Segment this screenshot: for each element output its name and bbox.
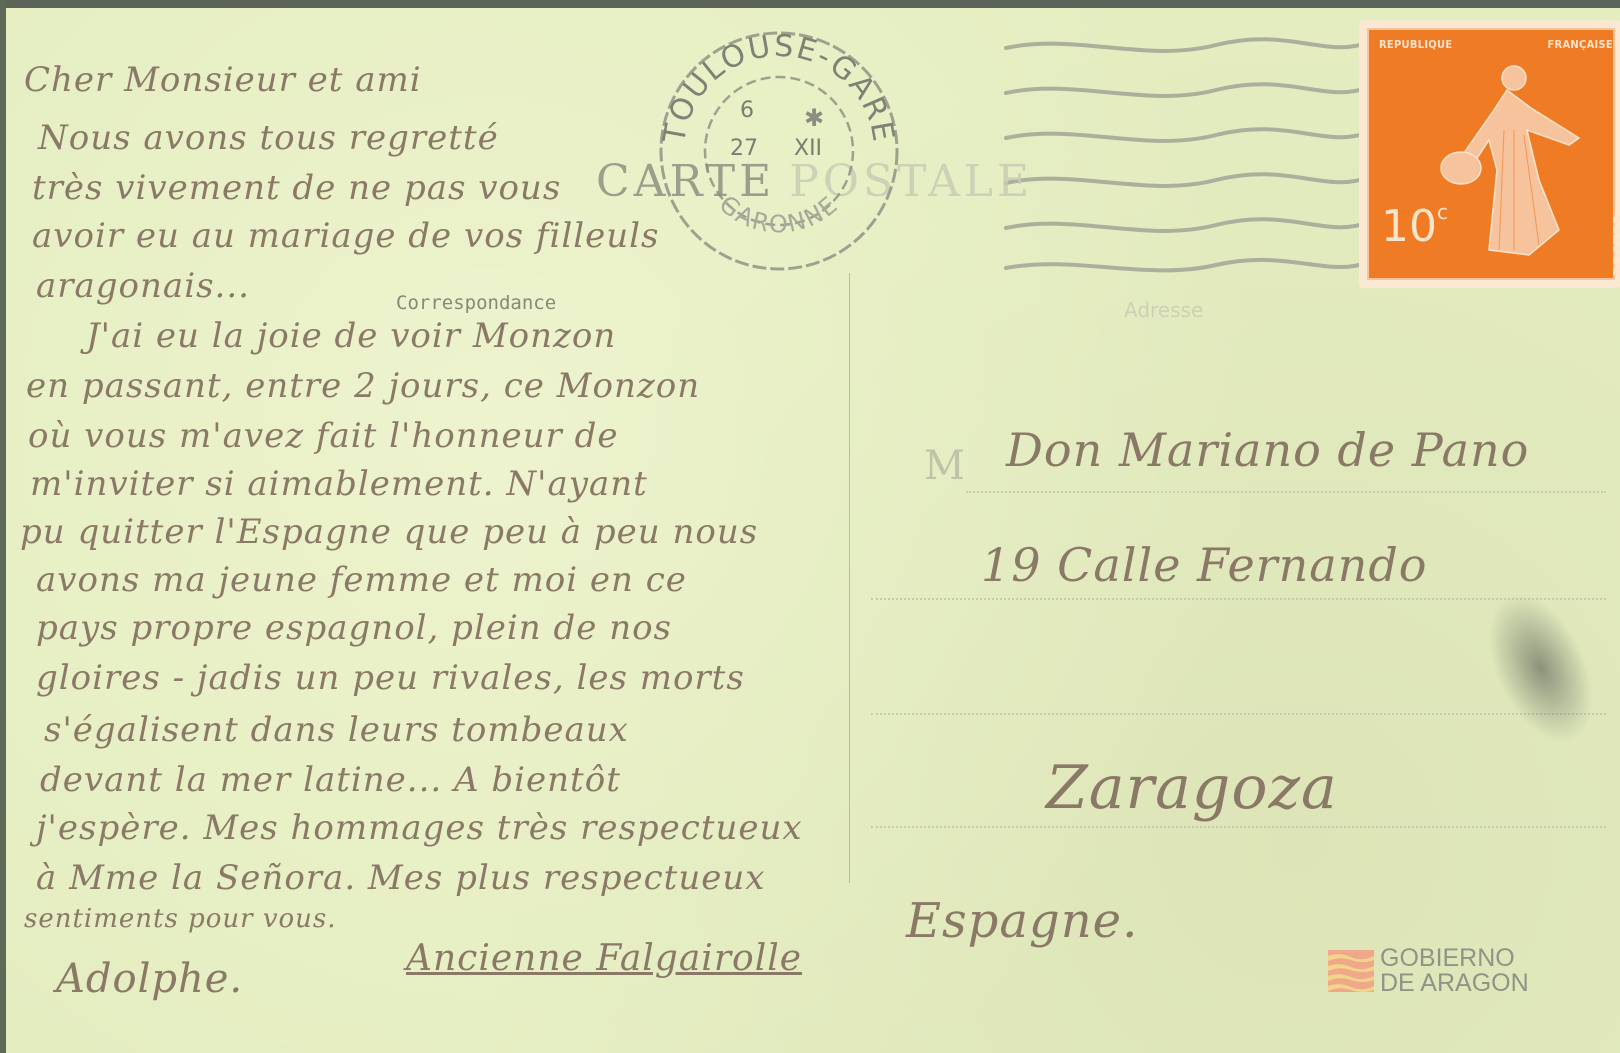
address-prefix: M bbox=[924, 443, 965, 489]
postmark-month: XII bbox=[794, 136, 822, 161]
correspondance-label: Correspondance bbox=[396, 292, 556, 314]
message-line: en passant, entre 2 jours, ce Monzon bbox=[26, 366, 700, 406]
message-line: pu quitter l'Espagne que peu à peu nous bbox=[20, 512, 758, 552]
ink-smudge bbox=[1466, 576, 1615, 759]
address-line-1 bbox=[966, 491, 1606, 493]
message-line: très vivement de ne pas vous bbox=[32, 168, 561, 208]
signature: Adolphe. bbox=[56, 956, 243, 1002]
aragon-flag-icon bbox=[1328, 950, 1374, 992]
postmark: TOULOUSE-GARE GARONNE ✱ 6 27 XII bbox=[654, 26, 904, 276]
svg-text:✱: ✱ bbox=[804, 104, 824, 132]
message-line: J'ai eu la joie de voir Monzon bbox=[86, 316, 616, 356]
address-line-4 bbox=[871, 826, 1606, 828]
message-line: pays propre espagnol, plein de nos bbox=[36, 608, 672, 648]
message-line: devant la mer latine... A bientôt bbox=[40, 760, 621, 800]
svg-text:GARONNE: GARONNE bbox=[714, 190, 844, 238]
center-divider bbox=[849, 273, 850, 883]
recipient-street: 19 Calle Fernando bbox=[981, 538, 1427, 592]
recipient-country: Espagne. bbox=[906, 893, 1138, 949]
message-line: à Mme la Señora. Mes plus respectueux bbox=[36, 858, 765, 898]
postmark-hour: 6 bbox=[740, 98, 754, 123]
logo-text: GOBIERNO DE ARAGON bbox=[1380, 946, 1529, 996]
svg-text:TOULOUSE-GARE: TOULOUSE-GARE bbox=[657, 29, 901, 147]
adresse-label: Adresse bbox=[1124, 298, 1203, 322]
message-line: j'espère. Mes hommages très respectueux bbox=[36, 808, 803, 848]
recipient-city: Zaragoza bbox=[1046, 753, 1338, 823]
message-line: avons ma jeune femme et moi en ce bbox=[36, 560, 687, 600]
message-line: m'inviter si aimablement. N'ayant bbox=[30, 464, 648, 504]
stamp-value: 10c bbox=[1381, 200, 1448, 252]
message-line: s'égalisent dans leurs tombeaux bbox=[44, 710, 629, 750]
message-line: où vous m'avez fait l'honneur de bbox=[28, 416, 618, 456]
gobierno-de-aragon-logo: GOBIERNO DE ARAGON bbox=[1328, 946, 1529, 996]
message-line: sentiments pour vous. bbox=[24, 904, 337, 934]
postmark-day: 27 bbox=[730, 136, 758, 161]
postage-stamp: REPUBLIQUE FRANÇAISE 10c POSTES bbox=[1359, 20, 1620, 288]
stamp-postes-label: POSTES bbox=[1611, 215, 1620, 276]
message-line: aragonais... bbox=[36, 266, 250, 306]
message-line: Nous avons tous regretté bbox=[38, 118, 499, 158]
message-line: avoir eu au mariage de vos filleuls bbox=[32, 216, 659, 256]
postmark-circle-icon: TOULOUSE-GARE GARONNE ✱ bbox=[654, 26, 904, 276]
recipient-name: Don Mariano de Pano bbox=[1006, 423, 1529, 477]
message-line: Cher Monsieur et ami bbox=[24, 60, 422, 100]
message-line: gloires - jadis un peu rivales, les mort… bbox=[36, 658, 745, 698]
wavy-cancellation-icon bbox=[996, 33, 1366, 278]
postcard-back: CARTEPOSTALE TOULOUSE-GARE GARONNE ✱ 6 2… bbox=[6, 8, 1620, 1053]
sender-name: Ancienne Falgairolle bbox=[406, 938, 802, 979]
address-line-3 bbox=[871, 713, 1606, 715]
